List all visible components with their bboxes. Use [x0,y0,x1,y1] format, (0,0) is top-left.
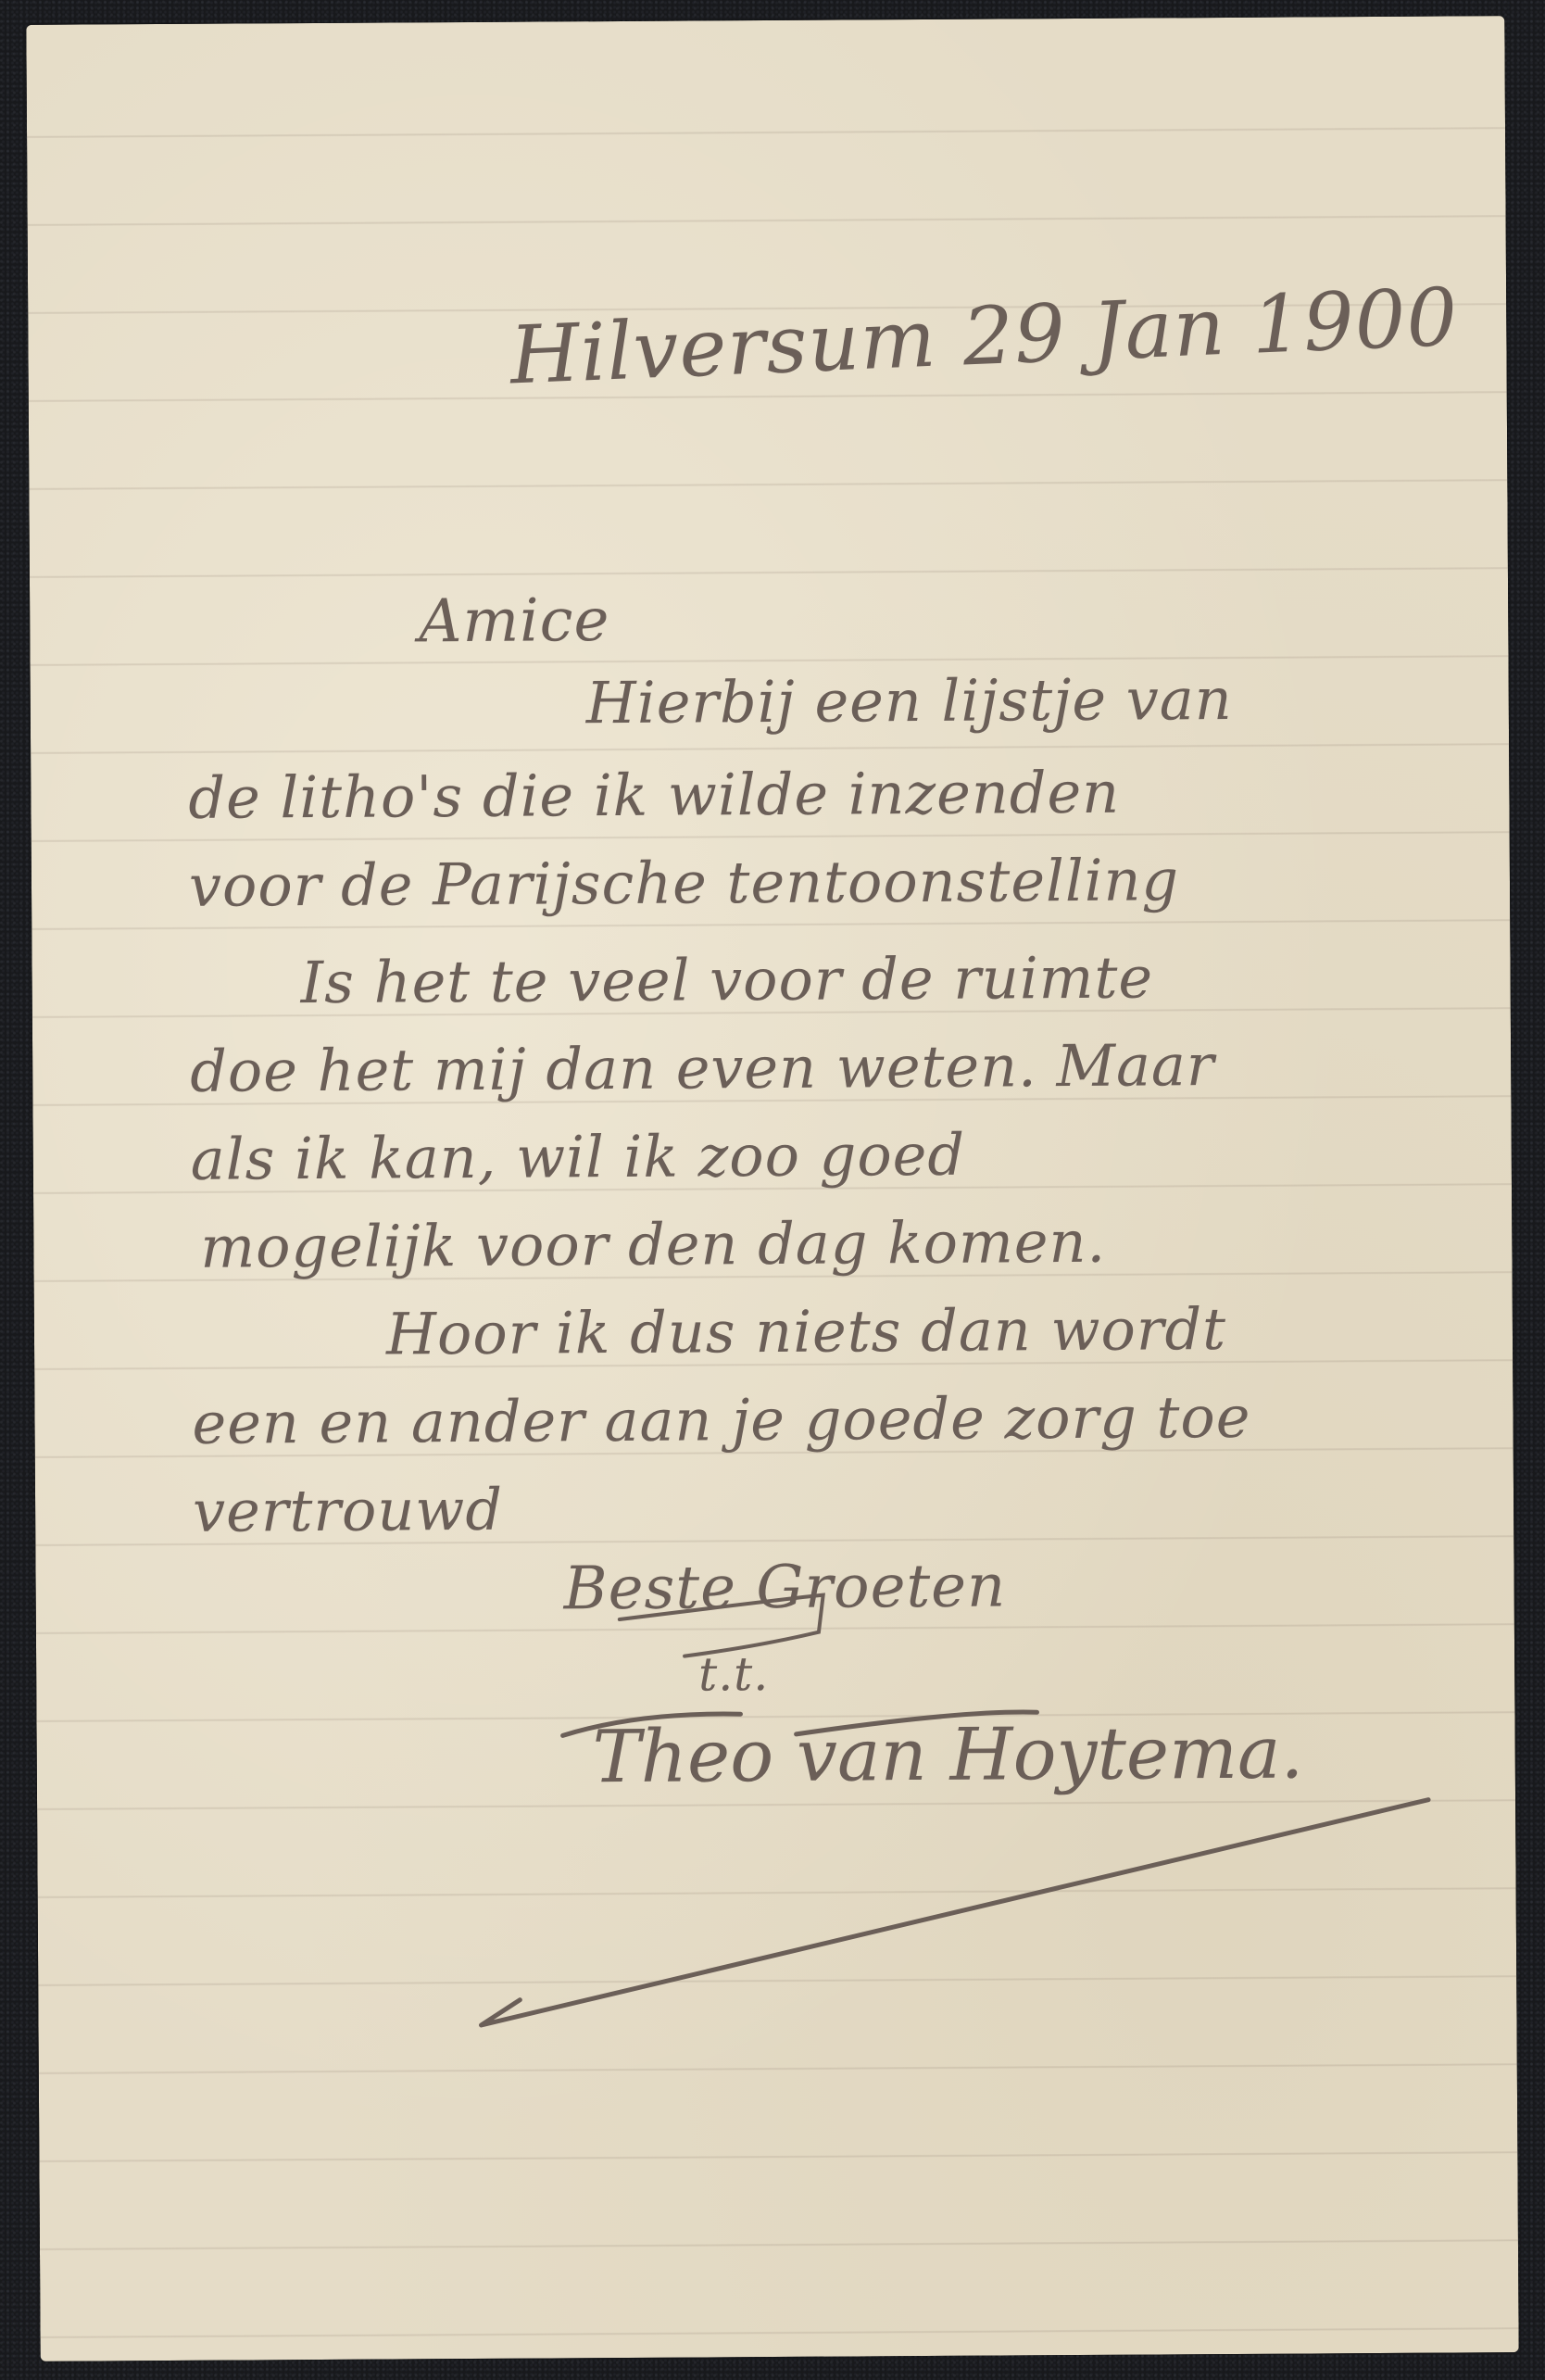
letter-sheet: Hilversum 29 Jan 1900 Amice Hierbij een … [26,16,1518,2361]
signature-flourish-stroke [26,16,1518,2361]
